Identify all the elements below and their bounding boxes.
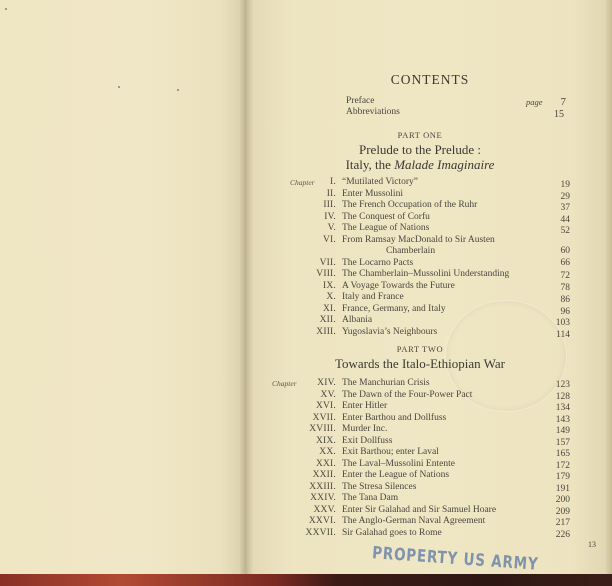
chapter-title: Enter the League of Nations [342,470,542,481]
chapter-title: A Voyage Towards the Future [342,281,542,292]
chapter-row: X. Italy and France 86 [270,292,570,304]
chapter-number: XII. [320,315,336,327]
chapter-title-line2: Chamberlain [342,246,542,257]
subtitle-italic: Malade Imaginaire [394,157,494,172]
chapter-page: 226 [542,530,570,542]
chapter-row: Chapter XIV. The Manchurian Crisis 123 [270,378,570,390]
paper-speck [177,89,179,91]
chapter-word: Chapter [272,378,297,390]
chapter-title: Sir Galahad goes to Rome [342,528,542,539]
chapter-page: 66 [542,258,570,270]
chapter-row: VI. From Ramsay MacDonald to Sir AustenC… [270,235,570,258]
chapter-number: XVI. [316,401,336,413]
chapter-row: VII. The Locarno Pacts 66 [270,258,570,270]
chapter-title: The French Occupation of the Ruhr [342,200,542,211]
chapter-title: Enter Hitler [342,401,542,412]
chapter-row: VIII. The Chamberlain–Mussolini Understa… [270,269,570,281]
chapter-row: XVII. Enter Barthou and Dollfuss 143 [270,413,570,425]
chapter-row: XXI. The Laval–Mussolini Entente 172 [270,459,570,471]
chapter-title: Enter Sir Galahad and Sir Samuel Hoare [342,505,572,516]
part-two-label: PART TWO [340,344,500,354]
chapter-row: Chapter I. “Mutilated Victory” 19 [270,177,570,189]
chapter-row: XIX. Exit Dollfuss 157 [270,436,570,448]
chapter-number: VIII. [316,269,336,281]
chapter-number: III. [323,200,336,212]
chapter-title: Enter Barthou and Dollfuss [342,413,542,424]
chapter-title: Italy and France [342,292,542,303]
chapter-title: Enter Mussolini [342,189,542,200]
chapter-title: Yugoslavia’s Neighbours [342,327,542,338]
chapter-title: The Manchurian Crisis [342,378,542,389]
chapter-title: Exit Barthou; enter Laval [342,447,542,458]
chapter-row: II. Enter Mussolini 29 [270,189,570,201]
chapter-row: III. The French Occupation of the Ruhr 3… [270,200,570,212]
chapter-row: XVIII. Murder Inc. 149 [270,424,570,436]
chapter-title: The Stresa Silences [342,482,542,493]
chapter-row: XII. Albania 103 [270,315,570,327]
chapter-title: The Anglo-German Naval Agreement [342,516,572,527]
chapter-number: II. [327,189,336,201]
chapter-title: The Locarno Pacts [342,258,542,269]
part-one-subtitle: Italy, the Malade Imaginaire [300,157,540,173]
book-gutter [240,0,254,576]
chapter-number: X. [326,292,336,304]
preface-page: 7 [536,96,566,108]
chapter-number: IV. [324,212,336,224]
chapter-title: Murder Inc. [342,424,542,435]
chapter-number: XXVI. [309,516,336,528]
chapter-title: Albania [342,315,542,326]
page-number: 13 [576,540,596,549]
chapter-title: The League of Nations [342,223,542,234]
chapter-number: XXII. [313,470,336,482]
paper-speck [5,8,7,10]
chapter-row: IX. A Voyage Towards the Future 78 [270,281,570,293]
part-one-label: PART ONE [340,130,500,140]
chapter-row: XI. France, Germany, and Italy 96 [270,304,570,316]
part-one-title: Prelude to the Prelude : [300,142,540,158]
chapter-row: XXVII. Sir Galahad goes to Rome 226 [270,528,570,540]
chapter-row: V. The League of Nations 52 [270,223,570,235]
left-page-blank [0,0,245,576]
chapter-row: XXVI. The Anglo-German Naval Agreement 2… [270,516,570,528]
chapter-number: VII. [320,258,336,270]
chapter-row: XXV. Enter Sir Galahad and Sir Samuel Ho… [270,505,570,517]
chapter-row: XX. Exit Barthou; enter Laval 165 [270,447,570,459]
chapter-title: The Dawn of the Four-Power Pact [342,390,542,401]
chapter-number: XXIII. [309,482,336,494]
chapter-number: XIX. [316,436,336,448]
part-two-title: Towards the Italo-Ethiopian War [300,356,540,372]
chapter-number: V. [328,223,336,235]
part-two-chapter-list: Chapter XIV. The Manchurian Crisis 123 X… [270,378,570,539]
part-one-chapter-list: Chapter I. “Mutilated Victory” 19 II. En… [270,177,570,338]
chapter-number: VI. [323,235,336,247]
chapter-number: XIII. [316,327,336,339]
subtitle-prefix: Italy, the [346,157,395,172]
chapter-number: IX. [323,281,336,293]
chapter-title: From Ramsay MacDonald to Sir AustenChamb… [342,235,542,257]
chapter-number: XXIV. [310,493,336,505]
chapter-title: Exit Dollfuss [342,436,542,447]
chapter-row: XV. The Dawn of the Four-Power Pact 128 [270,390,570,402]
chapter-row: XXII. Enter the League of Nations 179 [270,470,570,482]
chapter-number: XXV. [313,505,336,517]
chapter-row: XVI. Enter Hitler 134 [270,401,570,413]
chapter-number: XVII. [313,413,336,425]
chapter-page: 114 [542,330,570,342]
contents-heading: CONTENTS [360,72,500,88]
chapter-title: The Chamberlain–Mussolini Understanding [342,269,572,280]
chapter-title: The Laval–Mussolini Entente [342,459,542,470]
chapter-number: XX. [319,447,336,459]
page-edge [606,0,612,586]
chapter-number: XVIII. [309,424,336,436]
chapter-row: IV. The Conquest of Corfu 44 [270,212,570,224]
chapter-page: 60 [542,246,570,258]
chapter-row: XXIII. The Stresa Silences 191 [270,482,570,494]
chapter-title: The Tana Dam [342,493,542,504]
abbreviations-page: 15 [534,109,564,120]
chapter-number: XXI. [316,459,336,471]
chapter-row: XXIV. The Tana Dam 200 [270,493,570,505]
chapter-number: XXVII. [306,528,336,540]
chapter-number: I. [330,177,336,189]
chapter-title: The Conquest of Corfu [342,212,542,223]
front-matter-preface: Preface [346,96,374,106]
paper-speck [118,86,120,88]
chapter-title: “Mutilated Victory” [342,177,542,188]
chapter-row: XIII. Yugoslavia’s Neighbours 114 [270,327,570,339]
chapter-title-line1: From Ramsay MacDonald to Sir Austen [342,235,495,245]
book-cover-edge [0,574,612,586]
chapter-number: XIV. [317,378,336,390]
chapter-number: XV. [321,390,336,402]
chapter-word: Chapter [290,177,315,189]
chapter-number: XI. [323,304,336,316]
chapter-title: France, Germany, and Italy [342,304,542,315]
front-matter-abbreviations: Abbreviations [346,107,400,117]
